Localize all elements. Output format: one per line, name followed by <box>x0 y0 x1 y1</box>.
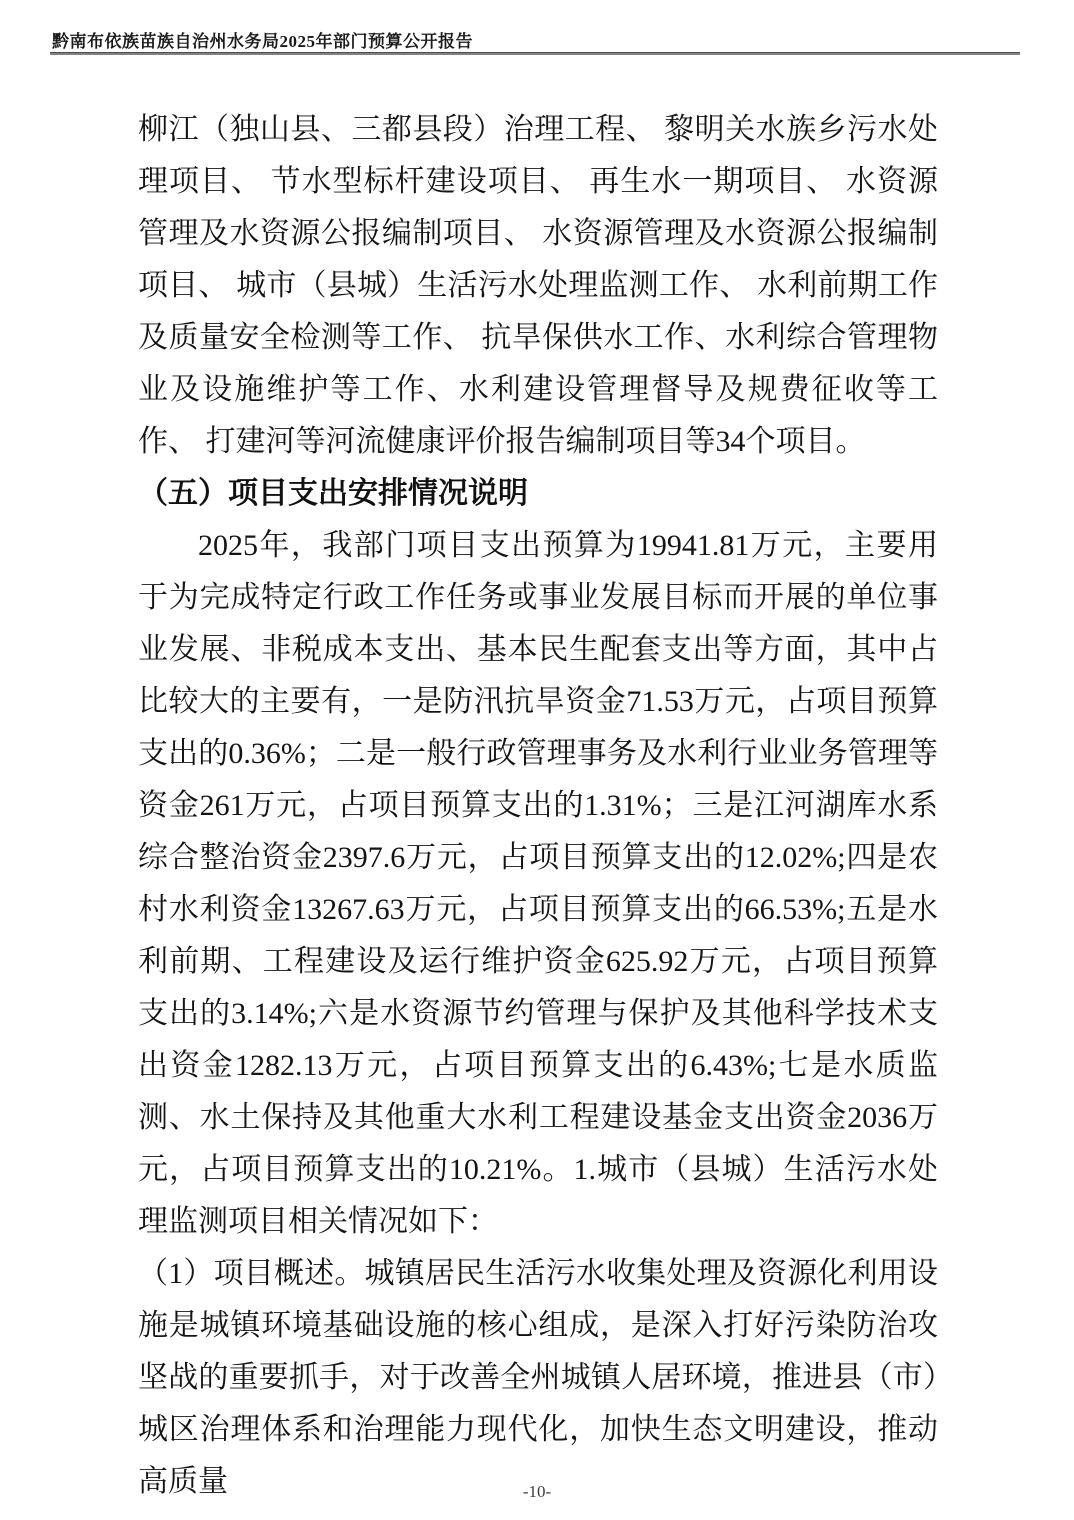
header-divider-rule <box>50 52 1020 55</box>
document-page: 黔南布依族苗族自治州水务局2025年部门预算公开报告 柳江（独山县、三都县段）治… <box>0 0 1074 1520</box>
document-header-title: 黔南布依族苗族自治州水务局2025年部门预算公开报告 <box>52 27 473 52</box>
paragraph-expenditure-breakdown: 2025年，我部门项目支出预算为19941.81万元，主要用于为完成特定行政工作… <box>138 520 938 1248</box>
document-body: 柳江（独山县、三都县段）治理工程、 黎明关水族乡污水处理项目、 节水型标杆建设项… <box>138 104 938 1508</box>
section-heading-five: （五）项目支出安排情况说明 <box>138 468 938 520</box>
page-number: -10- <box>0 1482 1074 1502</box>
paragraph-project-list: 柳江（独山县、三都县段）治理工程、 黎明关水族乡污水处理项目、 节水型标杆建设项… <box>138 104 938 468</box>
paragraph-item1-overview: （1）项目概述。城镇居民生活污水收集处理及资源化利用设施是城镇环境基础设施的核心… <box>138 1248 938 1508</box>
